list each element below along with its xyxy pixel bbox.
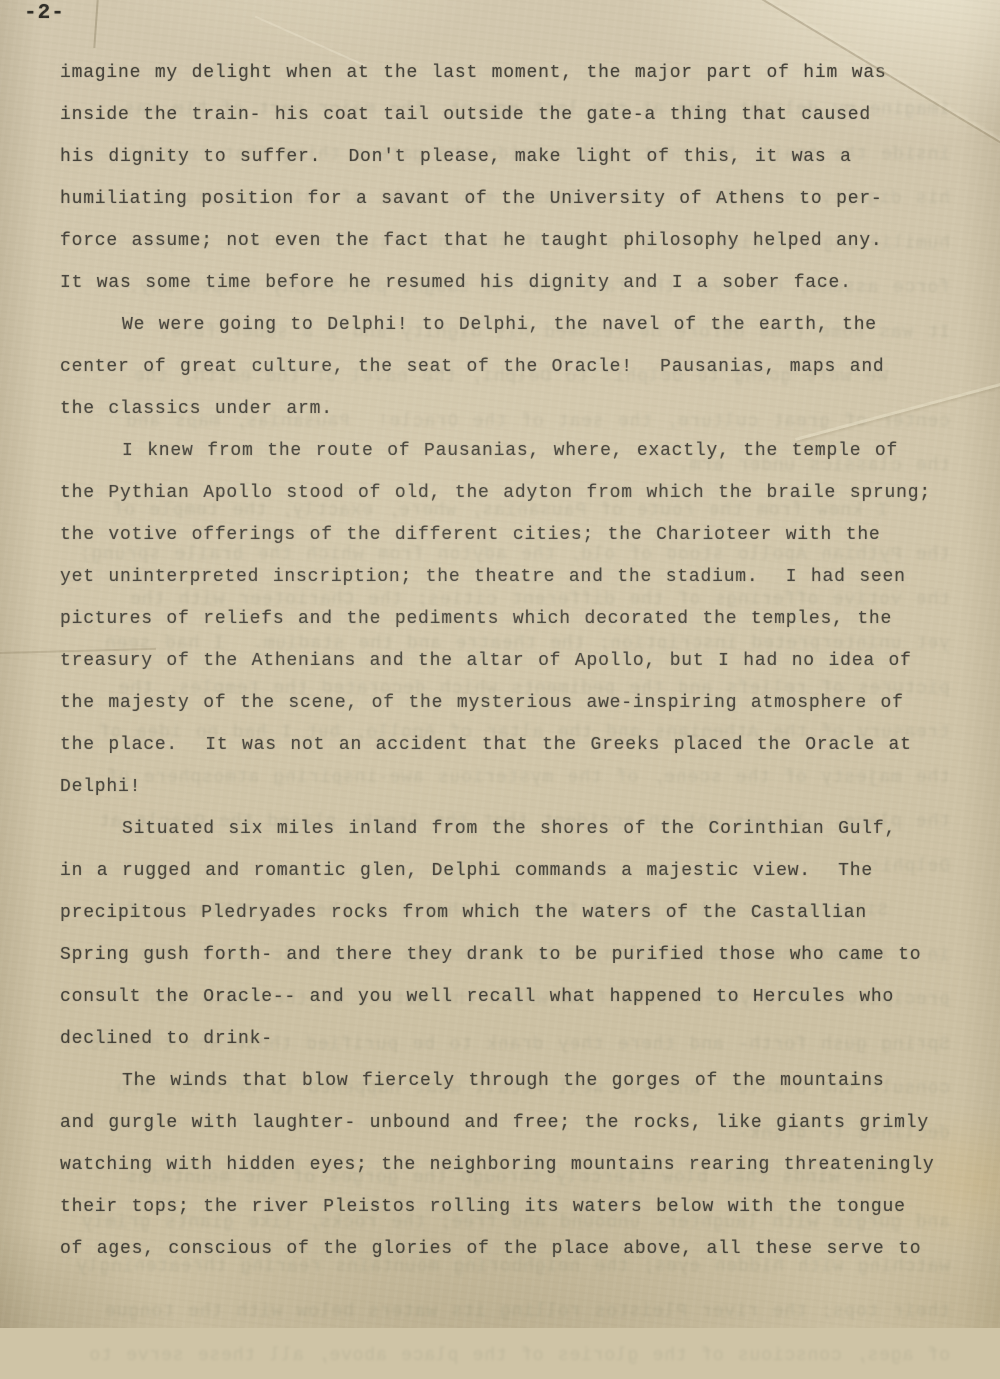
text-line: Situated six miles inland from the shore…: [60, 808, 970, 850]
text-line: yet uninterpreted inscription; the theat…: [60, 556, 970, 598]
text-line: humiliating position for a savant of the…: [60, 178, 970, 220]
text-line: We were going to Delphi! to Delphi, the …: [60, 304, 970, 346]
text-line: the majesty of the scene, of the mysteri…: [60, 682, 970, 724]
text-line: his dignity to suffer. Don't please, mak…: [60, 136, 970, 178]
text-line: I knew from the route of Pausanias, wher…: [60, 430, 970, 472]
text-line: The winds that blow fiercely through the…: [60, 1060, 970, 1102]
paper-page: imagine my delight when at the last mome…: [0, 0, 1000, 1328]
text-line: It was some time before he resumed his d…: [60, 262, 970, 304]
text-line: of ages, conscious of the glories of the…: [60, 1228, 970, 1270]
text-line: center of great culture, the seat of the…: [60, 346, 970, 388]
text-line: imagine my delight when at the last mome…: [60, 52, 970, 94]
page-number: -2-: [24, 0, 65, 28]
text-line: watching with hidden eyes; the neighbori…: [60, 1144, 970, 1186]
text-line: their tops; the river Pleistos rolling i…: [60, 1186, 970, 1228]
text-line: pictures of reliefs and the pediments wh…: [60, 598, 970, 640]
text-line: the place. It was not an accident that t…: [60, 724, 970, 766]
text-line: inside the train- his coat tail outside …: [60, 94, 970, 136]
text-line: Spring gush forth- and there they drank …: [60, 934, 970, 976]
text-line: the votive offerings of the different ci…: [60, 514, 970, 556]
text-line: treasury of the Athenians and the altar …: [60, 640, 970, 682]
crease-mark: [93, 0, 98, 48]
text-line: precipitous Pledryades rocks from which …: [60, 892, 970, 934]
typed-text-body: imagine my delight when at the last mome…: [60, 52, 970, 1270]
text-line: consult the Oracle-- and you well recall…: [60, 976, 970, 1018]
text-line: in a rugged and romantic glen, Delphi co…: [60, 850, 970, 892]
text-line: and gurgle with laughter- unbound and fr…: [60, 1102, 970, 1144]
text-line: declined to drink-: [60, 1018, 970, 1060]
text-line: the Pythian Apollo stood of old, the ady…: [60, 472, 970, 514]
text-line: force assume; not even the fact that he …: [60, 220, 970, 262]
text-line: the classics under arm.: [60, 388, 970, 430]
text-line: Delphi!: [60, 766, 970, 808]
